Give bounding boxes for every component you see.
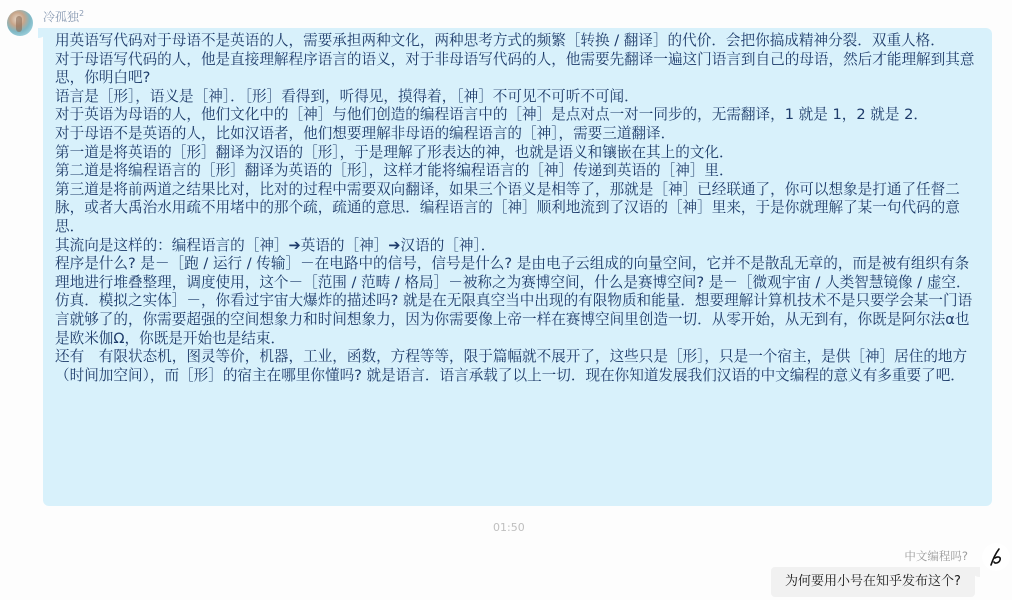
message-paragraph: 第三道是将前两道之结果比对，比对的过程中需要双向翻译，如果三个语义是相等了，那就… xyxy=(55,181,980,237)
outgoing-message-text: 为何要用小号在知乎发布这个? xyxy=(785,574,961,589)
message-paragraph: 语言是［形］，语义是［神］．［形］看得到，听得见，摸得着，［神］不可见不可听不可… xyxy=(55,88,980,107)
message-paragraph: 其流向是这样的：编程语言的［神］➔英语的［神］➔汉语的［神］． xyxy=(55,237,980,256)
message-paragraph: 对于母语写代码的人，他是直接理解程序语言的语义，对于非母语写代码的人，他需要先翻… xyxy=(55,51,980,88)
message-paragraph: 第二道是将编程语言的［形］翻译为英语的［形］，这样才能将编程语言的［神］传递到英… xyxy=(55,162,980,181)
sender-name[interactable]: 冷孤独2 xyxy=(43,8,84,25)
message-timestamp: 01:50 xyxy=(493,521,525,534)
message-paragraph: 对于母语不是英语的人，比如汉语者，他们想要理解非母语的编程语言的［神］，需要三道… xyxy=(55,125,980,144)
message-paragraph: 程序是什么? 是－［跑 / 运行 / 传输］－在电路中的信号，信号是什么? 是由… xyxy=(55,255,980,348)
sender-badge: 2 xyxy=(79,9,84,18)
quoted-reply-title: 中文编程吗? xyxy=(904,548,968,564)
outgoing-message-bubble[interactable]: 为何要用小号在知乎发布这个? xyxy=(771,567,975,597)
signature-icon xyxy=(982,543,1010,571)
message-paragraph: 对于英语为母语的人，他们文化中的［神］与他们创造的编程语言中的［神］是点对点一对… xyxy=(55,106,980,125)
message-paragraph: 用英语写代码对于母语不是英语的人，需要承担两种文化，两种思考方式的频繁［转换 /… xyxy=(55,32,980,51)
sender-avatar[interactable] xyxy=(7,10,33,36)
message-paragraph: 第一道是将英语的［形］翻译为汉语的［形］，于是理解了形表达的神，也就是语义和镶嵌… xyxy=(55,144,980,163)
message-paragraph: 还有 有限状态机，图灵等价，机器，工业，函数，方程等等，限于篇幅就不展开了，这些… xyxy=(55,348,980,385)
incoming-message-bubble[interactable]: 用英语写代码对于母语不是英语的人，需要承担两种文化，两种思考方式的频繁［转换 /… xyxy=(43,28,992,506)
user-avatar[interactable] xyxy=(982,543,1010,571)
